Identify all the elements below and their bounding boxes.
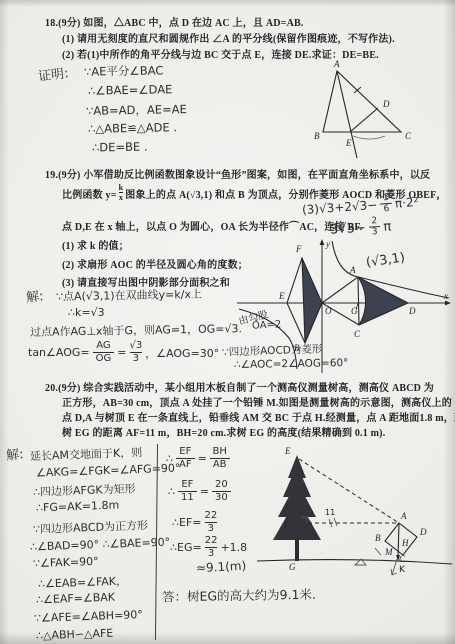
- p18-proof-line: ∴∠BAE=∠DAE: [88, 82, 173, 97]
- p19-q1: (1) 求 k 的值；: [62, 237, 129, 252]
- p19-sol-line2: ∴k=√3: [68, 306, 105, 319]
- eg-equals: ∴EG=: [170, 541, 202, 554]
- p18-proof-line: ∵AE平分∠BAC: [84, 62, 164, 79]
- p18-line2: (1) 请用无刻度的直尺和圆规作出 ∠A 的平分线(保留作图痕迹，不写作法).: [62, 30, 395, 45]
- frac-num: 22: [205, 536, 218, 547]
- vertex-label-c: C: [354, 329, 361, 339]
- axis-label-x: x: [443, 291, 448, 301]
- p18-proof-line: ∴DE=BE .: [92, 140, 148, 155]
- equals: =: [198, 452, 207, 465]
- p20-left-line: ∴四边形AFGK为矩形: [33, 480, 136, 500]
- y-axis-arrow: [320, 239, 325, 245]
- p20-left-line: ∵∠AFE=∠ABH=90°: [34, 608, 143, 625]
- triangle-diagram: A B C D E: [295, 58, 420, 163]
- segment-de: [350, 108, 378, 132]
- 20-30-fraction: 20 30: [212, 480, 231, 503]
- vertex-label-e: E: [345, 138, 352, 148]
- vertex-label-a: A: [333, 59, 340, 69]
- frac-num: k: [119, 184, 124, 192]
- vertex-label-d: D: [382, 99, 390, 109]
- p20-left-line: ∠AKG=∠FGK=∠AFG=90°: [36, 461, 181, 479]
- p20-sol-label: 解:: [5, 443, 24, 464]
- frac-num: AG: [96, 341, 110, 352]
- frac-num: √3: [129, 341, 142, 352]
- p18-proof-line: ∴△ABE≌△ADE .: [88, 120, 177, 136]
- distance-label-11: 11: [325, 508, 335, 517]
- 22-3-fraction: 22 3: [205, 511, 218, 534]
- hand-label-k: K: [399, 565, 406, 575]
- equals: =: [200, 485, 209, 498]
- p20-line2: 正方形，AB=30 cm，顶点 A 处挂了一个铅锤 M.如图是测量树高的示意图，…: [62, 394, 452, 409]
- frac-den: 3: [205, 547, 217, 560]
- label-f: F: [283, 521, 290, 531]
- vertex-label-e: E: [278, 291, 285, 301]
- frac-num: 2: [371, 217, 377, 227]
- frac-den: 30: [212, 491, 231, 504]
- frac-num: 22: [205, 511, 218, 522]
- k-over-x-fraction: k x: [119, 184, 124, 202]
- p20-answer: 答：树EG的高大约为9.1米.: [162, 585, 316, 606]
- p20-line3: 点 D,A 与树顶 E 在一条直线上，铅垂线 AM 交 BC 于点 H.经测量，…: [62, 409, 455, 424]
- p20-left-line: ∵∠FAK=90°: [33, 555, 99, 570]
- vertex-label-d: D: [408, 306, 416, 316]
- p20-left-line: ∴FG=AK=1.8m: [36, 499, 120, 515]
- label-h: H: [401, 538, 409, 548]
- tan-post: ，∠AOG=30°: [145, 345, 219, 361]
- hand-mark-under-bc: [353, 136, 385, 139]
- hand-scribble-near-b: [375, 548, 381, 555]
- therefore: ∴: [166, 452, 173, 465]
- p20-right-line3: ∴EF= 22 3: [172, 511, 217, 534]
- label-c: C: [399, 554, 406, 564]
- 22-3-fraction: 22 3: [205, 536, 218, 559]
- p18-line1: 18.(9分) 如图，△ABC 中，点 D 在边 AC 上，且 AD=AB.: [45, 14, 304, 29]
- frac-den: 3: [130, 352, 142, 365]
- frac-den: AB: [210, 458, 230, 471]
- p19-tan-line: tan∠AOG= AG OG = √3 3 ，∠AOG=30°: [28, 341, 219, 364]
- plumb-line-am: [398, 523, 399, 558]
- tree-measurement-diagram: E F G A B C D H M K 11: [255, 443, 455, 581]
- tree-trunk: [295, 538, 299, 561]
- hand-calc-a: (3)√3+2√3−: [302, 198, 378, 217]
- origin-label: O: [325, 306, 332, 316]
- bh-ab-fraction: BH AB: [210, 447, 230, 470]
- p20-left-line: ∴∠EAB=∠FAK，: [38, 572, 128, 591]
- frac-num: EF: [181, 480, 193, 491]
- p20-right-line4: ∴EG= 22 3 +1.8: [170, 536, 247, 559]
- p18-proof-line: ∵AB=AD，AE=AE: [86, 101, 187, 119]
- hand-calc-b: π: [383, 219, 392, 234]
- hyperbola-branch-3: [239, 309, 297, 369]
- p19-q2: (2) 求扇形 AOC 的半径及圆心角的度数；: [62, 256, 248, 271]
- therefore: ∴: [168, 485, 175, 498]
- p20-left-line: ∵四边形ABCD为正方形: [33, 517, 149, 537]
- scanned-exam-page: 18.(9分) 如图，△ABC 中，点 D 在边 AC 上，且 AD=AB. (…: [0, 0, 455, 644]
- ef-11-fraction: EF 11: [178, 480, 197, 503]
- frac-den: 11: [178, 491, 197, 504]
- vertex-label-c: C: [405, 131, 412, 141]
- p19-line2a: 比例函数 y=: [62, 186, 117, 201]
- pine-tree: [273, 455, 321, 561]
- label-b: B: [375, 533, 381, 543]
- p20-left-line: 延长AM交地面于K，则: [30, 444, 143, 464]
- ef-af-fraction: EF AF: [176, 447, 195, 470]
- label-a: A: [400, 511, 407, 521]
- ef-equals: ∴EF=: [172, 516, 202, 529]
- tan-equals: =: [117, 346, 126, 359]
- p20-left-line: ∴∠BAD=90° ∴∠BAE=90°: [30, 536, 171, 554]
- sqrt3-over-3-fraction: √3 3: [129, 341, 142, 364]
- p20-line4: 树 EG 的距离 AF=11 m，BH=20 cm.求树 EG 的高度(结果精确…: [62, 424, 385, 439]
- p19-line1: 19.(9分) 小军借助反比例函数图象设计“鱼形”图案，如图，在平面直角坐标系中…: [45, 166, 430, 181]
- fish-figure-diagram: y x O F E B A G C D: [235, 235, 455, 375]
- p20-left-line: ∴∠EAF=∠BAK: [36, 591, 115, 607]
- p20-line1: 20.(9分) 综合实践活动中，某小组用木板自制了一个测高仪测量树高，测高仪 A…: [45, 379, 434, 394]
- label-m: M: [384, 547, 393, 557]
- label-g: G: [289, 562, 296, 572]
- frac-num: 1: [383, 194, 389, 204]
- frac-den: 6: [380, 203, 393, 215]
- p20-right-line1: ∴ EF AF = BH AB: [166, 447, 230, 470]
- p19-sol-line1: ∵点A(√3,1)在双曲线y=k/x上: [56, 286, 202, 305]
- frac-num: EF: [179, 447, 191, 458]
- x-axis-arrow: [445, 301, 451, 306]
- frac-den: x: [119, 192, 123, 202]
- frac-den: OG: [93, 352, 115, 365]
- vertex-label-a: A: [349, 265, 356, 275]
- p19-sol-label: 解:: [25, 285, 44, 306]
- frac-num: BH: [212, 447, 226, 458]
- plus-1-8: +1.8: [220, 541, 247, 554]
- p19-sol-line3: 过点A作AG⊥x轴于G，则AG=1，OG=√3.: [30, 320, 242, 340]
- point-label-g: G: [351, 306, 358, 316]
- tan-pre: tan∠AOG=: [28, 346, 90, 359]
- vertex-label-f: F: [295, 244, 302, 254]
- one-sixth-fraction: 1 6: [380, 194, 393, 216]
- p20-right-result: ≈9.1(m): [196, 559, 247, 576]
- p20-left-line: ∴△ABH∽△AFE: [36, 627, 114, 643]
- ground-line: [257, 560, 452, 564]
- frac-den: AF: [176, 458, 195, 471]
- ag-og-fraction: AG OG: [93, 341, 115, 364]
- label-e: E: [284, 446, 291, 456]
- p18-proof-label: 证明:: [37, 62, 69, 85]
- hand-arrow-to-k: [391, 559, 397, 575]
- hand-calc-b: π·2²: [394, 195, 418, 211]
- vertex-label-b: B: [314, 131, 320, 141]
- axis-label-y: y: [325, 239, 330, 249]
- chord-ac: [358, 277, 359, 325]
- frac-num: 20: [215, 480, 228, 491]
- p19-line3: 点 D,E 在 x 轴上，以点 O 为圆心，OA 长为半径作⌒AC，连接 BF.: [62, 218, 362, 233]
- p20-right-line2: ∴ EF 11 = 20 30: [168, 480, 231, 503]
- frac-den: 3: [205, 522, 217, 535]
- label-d: D: [419, 527, 427, 537]
- vertex-label-b: B: [294, 343, 300, 353]
